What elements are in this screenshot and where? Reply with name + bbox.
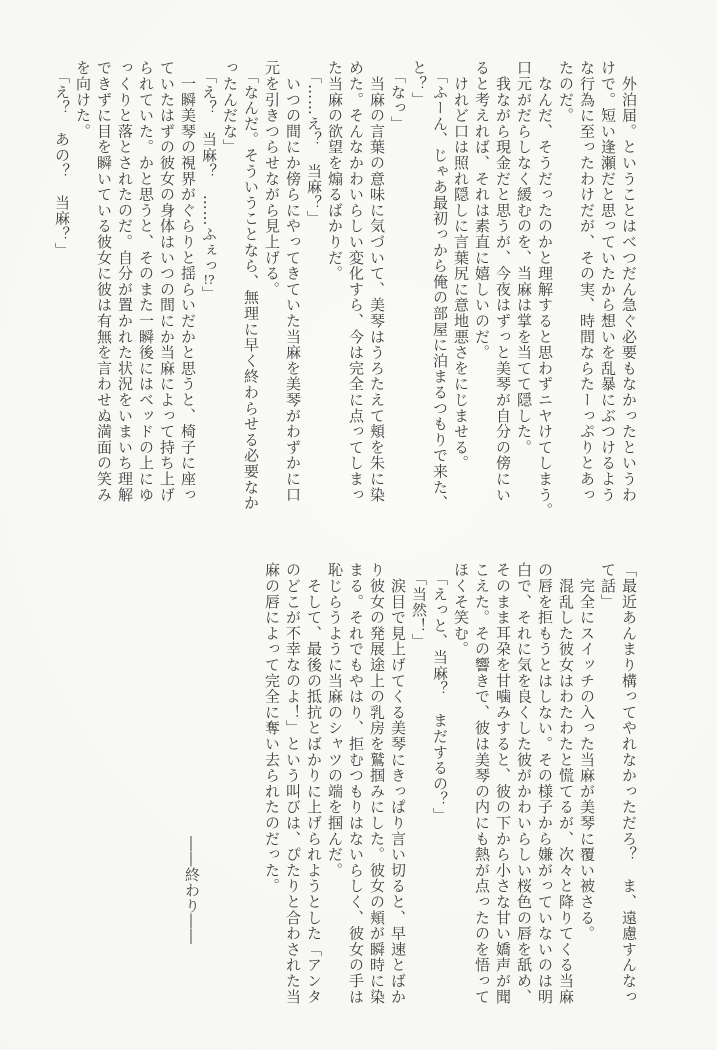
story-line: ったんだな」 [219, 60, 240, 538]
story-line: の唇を拒もうとはしない。その様子から嫌がっていないのは明 [534, 562, 555, 1040]
story-line: めた。そんなかわいらしい変化すら、今は完全に点ってしまっ [345, 60, 366, 538]
story-line: 口元がだらしなく緩むのを、当麻は掌を当てて隠した。 [513, 60, 534, 538]
story-text-block-top: 外泊届。ということはべつだん急ぐ必要もなかったというわけで。短い逢瀬だと思ってい… [51, 60, 639, 538]
story-line: のどこが不幸なのよ！」という叫びは、ぴたりと合わされた当 [282, 562, 303, 1040]
story-line: ていたはずの彼女の身体はいつの間にか当麻によって持ち上げ [156, 60, 177, 538]
story-line: そのまま耳朶を甘噛みすると、彼の下から小さな甘い嬌声が聞 [492, 562, 513, 1040]
story-line: 「なんだ。そういうことなら、無理に早く終わらせる必要なか [240, 60, 261, 538]
story-line: 「ふーん、じゃあ最初っから俺の部屋に泊まるつもりで来た、 [429, 60, 450, 538]
story-line: ほくそ笑む。 [450, 562, 471, 1040]
story-line: 外泊届。ということはべつだん急ぐ必要もなかったというわ [618, 60, 639, 538]
story-line: られていた。かと思うと、そのまた一瞬後にはベッドの上にゆ [135, 60, 156, 538]
story-ending-label: ――終わり―― [182, 836, 203, 945]
story-line: こえた。その響きで、彼は美琴の内にも熱が点ったのを悟って [471, 562, 492, 1040]
story-line: 「え？ 当麻？ ……ふぇっ!?」 [198, 60, 219, 538]
story-line: 当麻の言葉の意味に気づいて、美琴はうろたえて頬を朱に染 [366, 60, 387, 538]
story-line: 麻の唇によって完全に奪い去られたのだった。 [261, 562, 282, 1040]
story-text-block-bottom: 「最近あんまり構ってやれなかっただろ？ ま、遠慮すんなって話」 完全にスイッチの… [261, 562, 639, 1040]
tate-chu-yoko-interrobang: !? [202, 274, 216, 286]
story-line: っくりと落とされたのだ。自分が置かれた状況をいまいち理解 [114, 60, 135, 538]
story-line: 恥じらうように当麻のシャツの端を掴んだ。 [324, 562, 345, 1040]
story-line: 混乱した彼女はわたわたと慌てるが、次々と降りてくる当麻 [555, 562, 576, 1040]
story-line: けで。短い逢瀬だと思っていたから想いを乱暴にぶつけるよう [597, 60, 618, 538]
story-line: り彼女の発展途上の乳房を鷲掴みにした。彼女の頬が瞬時に染 [366, 562, 387, 1040]
story-line: 「え？ あの？ 当麻？」 [51, 60, 72, 538]
story-line: て話」 [597, 562, 618, 1040]
story-line: けれど口は照れ隠しに言葉尻に意地悪さをにじませる。 [450, 60, 471, 538]
story-line: 「えっと、当麻？ まだするの？」 [429, 562, 450, 1040]
story-line: 我ながら現金だと思うが、今夜はずっと美琴が自分の傍にい [492, 60, 513, 538]
story-line: な行為に至ったわけだが、その実、時間ならたーっぷりとあっ [576, 60, 597, 538]
story-line: を向けた。 [72, 60, 93, 538]
story-line: できずに目を瞬いている彼女に彼は有無を言わせぬ満面の笑み [93, 60, 114, 538]
story-line: 白で、それに気を良くした彼がかわいらしい桜色の唇を舐め、 [513, 562, 534, 1040]
story-line: 一瞬美琴の視界がぐらりと揺らいだかと思うと、椅子に座っ [177, 60, 198, 538]
story-line: なんだ、そうだったのかと理解すると思わずニヤけてしまう。 [534, 60, 555, 538]
story-line: た当麻の欲望を煽るばかりだ。 [324, 60, 345, 538]
story-line: 涙目で見上げてくる美琴にきっぱり言い切ると、早速とばか [387, 562, 408, 1040]
story-line: たのだ。 [555, 60, 576, 538]
story-line: 完全にスイッチの入った当麻が美琴に覆い被さる。 [576, 562, 597, 1040]
story-line: いつの間にか傍らにやってきていた当麻を美琴がわずかに口 [282, 60, 303, 538]
story-line: ると考えれば、それは素直に嬉しいのだ。 [471, 60, 492, 538]
story-line: 「なっ」 [387, 60, 408, 538]
story-line: 「……え？ 当麻？」 [303, 60, 324, 538]
story-line: と？」 [408, 60, 429, 538]
story-line: 元を引きつらせながら見上げる。 [261, 60, 282, 538]
novel-scan-page: 外泊届。ということはべつだん急ぐ必要もなかったというわけで。短い逢瀬だと思ってい… [0, 0, 717, 1050]
story-line: まる。それでもやはり、拒むつもりはないらしく、彼女の手は [345, 562, 366, 1040]
story-line: 「最近あんまり構ってやれなかっただろ？ ま、遠慮すんなっ [618, 562, 639, 1040]
story-line: そして、最後の抵抗とばかりに上げられようとした「アンタ [303, 562, 324, 1040]
story-line: 「当然！」 [408, 562, 429, 1040]
